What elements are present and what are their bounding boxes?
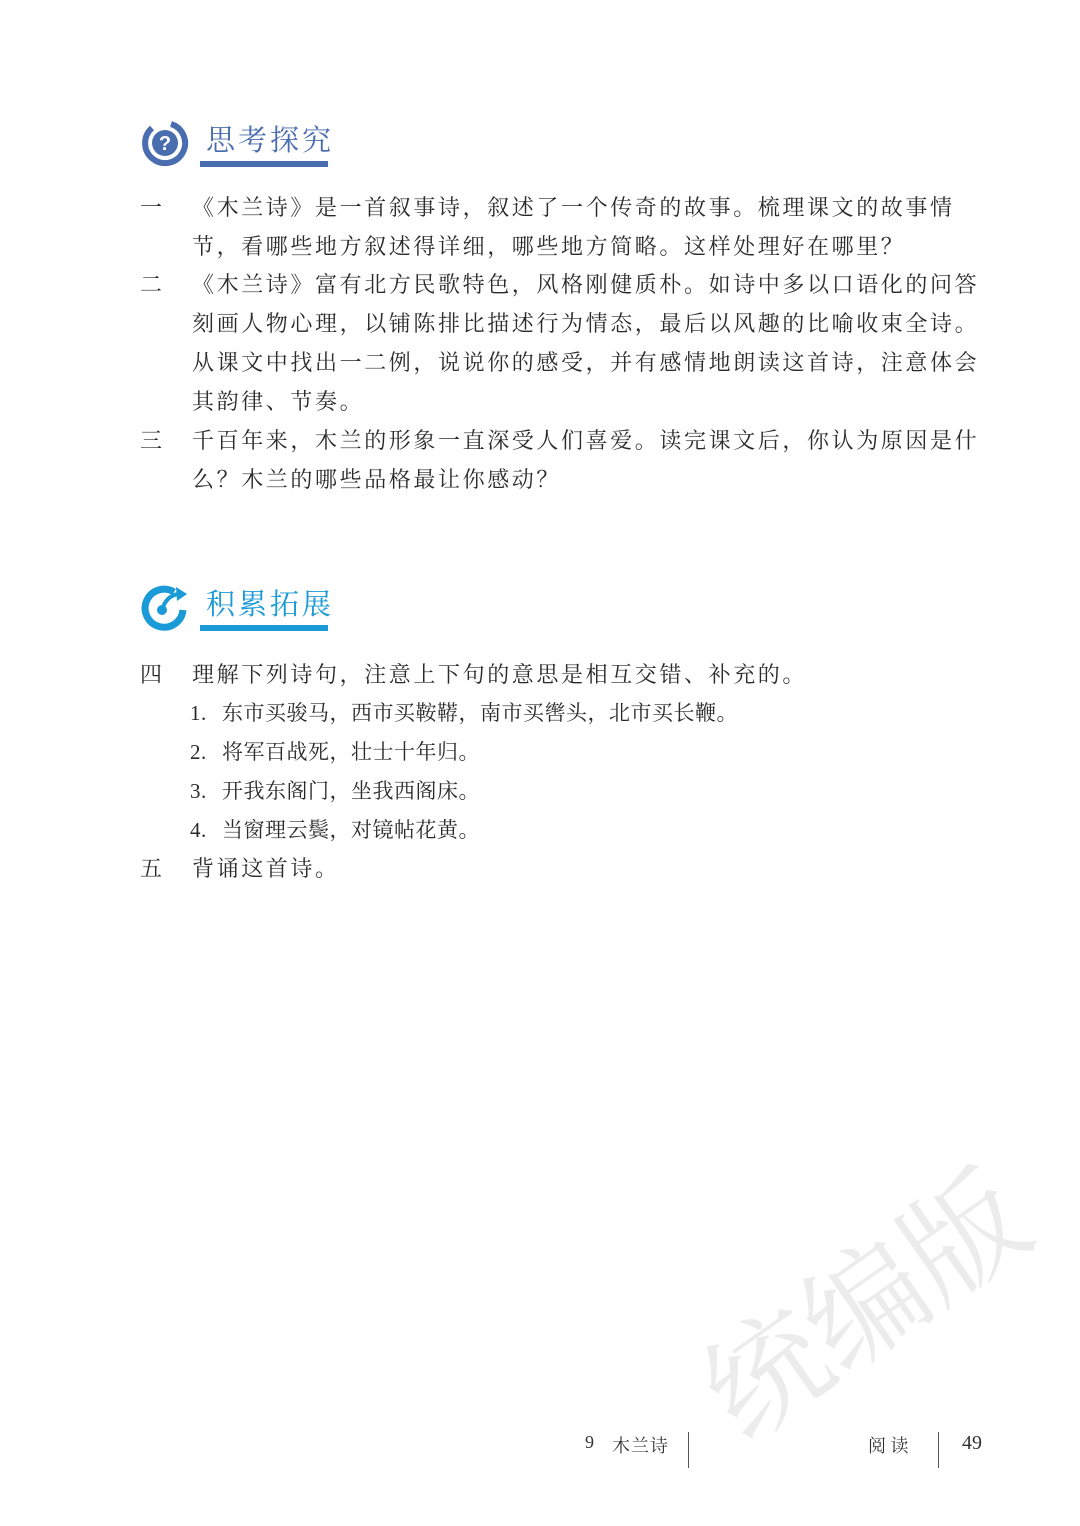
section-header-thinking: ? 思考探究 [140,118,340,178]
question-number: 五 [140,850,180,889]
sub-item-number: 3. [190,772,222,810]
question-number: 四 [140,656,180,695]
footer-divider [688,1432,689,1468]
sub-item-number: 2. [190,733,222,771]
question-item: 一 《木兰诗》是一首叙事诗，叙述了一个传奇的故事。梳理课文的故事情节，看哪些地方… [140,189,1000,267]
sub-item: 1.东市买骏马，西市买鞍鞯，南市买辔头，北市买长鞭。 [190,694,738,732]
sub-item-text: 东市买骏马，西市买鞍鞯，南市买辔头，北市买长鞭。 [222,701,738,725]
question-text: 《木兰诗》富有北方民歌特色，风格刚健质朴。如诗中多以口语化的问答刻画人物心理，以… [192,266,1000,422]
sub-item-text: 当窗理云鬓，对镜帖花黄。 [222,818,480,842]
question-number: 二 [140,266,180,305]
question-text: 理解下列诗句，注意上下句的意思是相互交错、补充的。 [192,656,1000,695]
sub-item: 4.当窗理云鬓，对镜帖花黄。 [190,811,480,849]
question-item: 三 千百年来，木兰的形象一直深受人们喜爱。读完课文后，你认为原因是什么？木兰的哪… [140,422,1000,500]
section-title: 思考探究 [206,118,334,159]
sub-item-number: 1. [190,694,222,732]
question-number: 一 [140,189,180,228]
sub-item-text: 开我东阁门，坐我西阁床。 [222,779,480,803]
question-text: 千百年来，木兰的形象一直深受人们喜爱。读完课文后，你认为原因是什么？木兰的哪些品… [192,422,1000,500]
question-text: 背诵这首诗。 [192,850,1000,889]
section-underline [200,625,328,631]
circular-arrow-icon [140,582,190,632]
sub-item: 3.开我东阁门，坐我西阁床。 [190,772,480,810]
sub-item-number: 4. [190,811,222,849]
footer-unit: 阅 读 [868,1432,909,1458]
footer-lesson-number: 9 [585,1432,594,1453]
question-item: 二 《木兰诗》富有北方民歌特色，风格刚健质朴。如诗中多以口语化的问答刻画人物心理… [140,266,1000,422]
watermark: 统编版 [700,1140,1080,1480]
footer-divider [938,1432,939,1468]
question-item: 四 理解下列诗句，注意上下句的意思是相互交错、补充的。 [140,656,1000,695]
section-header-extension: 积累拓展 [140,582,340,642]
section-title: 积累拓展 [206,582,334,623]
page-number: 49 [962,1432,982,1455]
question-item: 五 背诵这首诗。 [140,850,1000,889]
section-underline [200,161,328,167]
sub-item: 2.将军百战死，壮士十年归。 [190,733,480,771]
question-text: 《木兰诗》是一首叙事诗，叙述了一个传奇的故事。梳理课文的故事情节，看哪些地方叙述… [192,189,1000,267]
footer-lesson-title: 木兰诗 [612,1432,669,1458]
sub-item-text: 将军百战死，壮士十年归。 [222,740,480,764]
question-circle-icon: ? [140,118,190,168]
svg-text:?: ? [159,133,171,155]
question-number: 三 [140,422,180,461]
svg-text:统编版: 统编版 [700,1147,1054,1467]
